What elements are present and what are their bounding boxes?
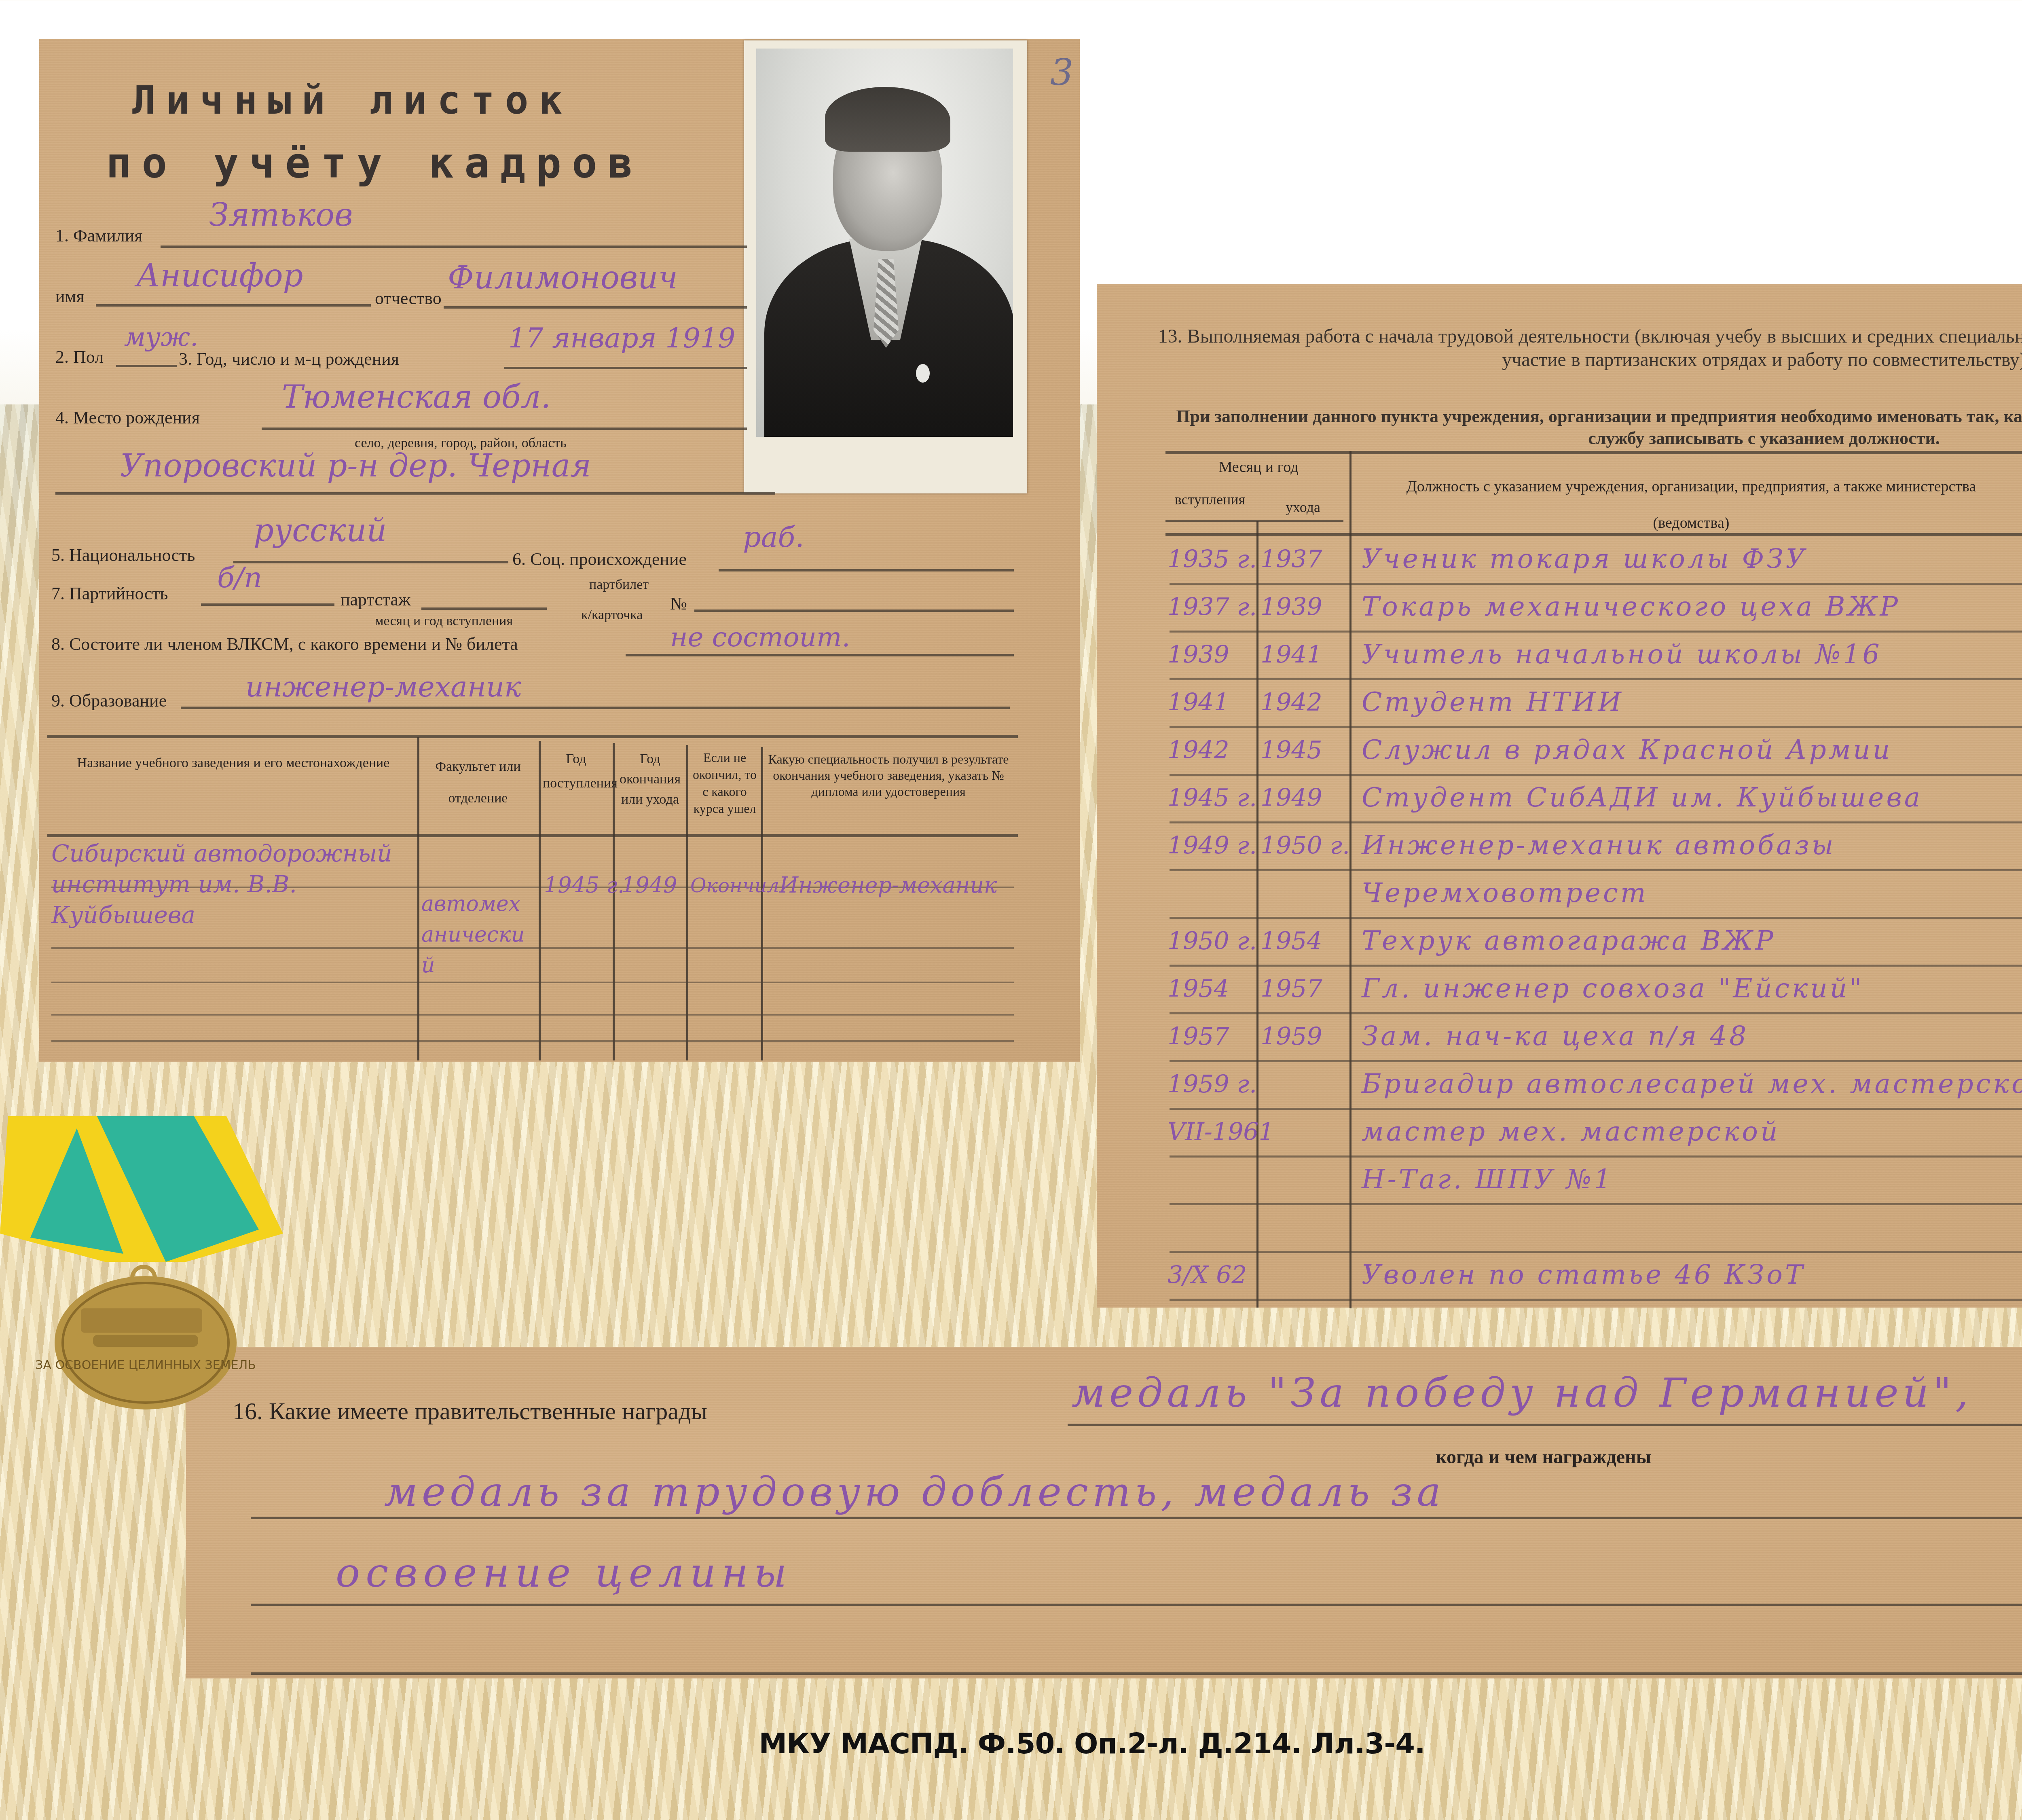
page-number-mark: 3 bbox=[1050, 51, 1073, 94]
work-row-line bbox=[1170, 678, 2022, 680]
header-position: Должность с указанием учреждения, органи… bbox=[1404, 468, 1978, 541]
work-row-line bbox=[1170, 1012, 2022, 1014]
party-card-label-bottom: к/карточка bbox=[581, 607, 643, 623]
nationality-label: 5. Национальность bbox=[51, 545, 195, 565]
patronymic-label: отчество bbox=[375, 288, 442, 309]
party-value: б/п bbox=[217, 561, 262, 594]
work-row-start: 1957 bbox=[1168, 1022, 1229, 1051]
portrait-photo bbox=[744, 40, 1027, 493]
party-label: 7. Партийность bbox=[51, 583, 168, 604]
work-row-position: Уволен по статье 46 КЗоТ bbox=[1362, 1259, 1805, 1290]
edu-row-year-out: 1949 bbox=[622, 872, 677, 898]
work-row-start: 1954 bbox=[1168, 975, 1229, 1003]
work-row-line bbox=[1170, 1299, 2022, 1301]
work-row-end: 1959 bbox=[1261, 1022, 1322, 1051]
hair-shape bbox=[825, 87, 950, 152]
virgin-lands-medal: ЗА ОСВОЕНИЕ ЦЕЛИННЫХ ЗЕМЕЛЬ bbox=[0, 1100, 291, 1682]
lapel-pin bbox=[916, 364, 930, 383]
work-row-position: Гл. инженер совхоза "Ейский" bbox=[1362, 973, 1864, 1004]
party-tenure-label: партстаж bbox=[341, 589, 411, 610]
social-origin-value: раб. bbox=[743, 521, 804, 554]
work-row-line bbox=[1170, 1108, 2022, 1110]
work-row-position: Инженер-механик автобазы bbox=[1362, 830, 1836, 861]
work-row-end: 1939 bbox=[1261, 593, 1322, 621]
work-row-position: мастер мех. мастерской bbox=[1362, 1116, 1780, 1147]
work-row-start: 1939 bbox=[1168, 641, 1229, 669]
sheet-title-line2: по учёту кадров bbox=[106, 138, 643, 188]
party-card-label-top: партбилет bbox=[589, 577, 649, 593]
awards-line-1: медаль "За победу над Германией", bbox=[1072, 1369, 1972, 1416]
work-history-instruction: При заполнении данного пункта учреждения… bbox=[1157, 406, 2022, 449]
patronymic-value: Филимонович bbox=[448, 260, 678, 296]
edu-row-line bbox=[51, 1014, 1014, 1016]
birthplace-value: Тюменская обл. bbox=[282, 379, 551, 415]
work-row-line bbox=[1170, 726, 2022, 728]
edu-row-institution: Сибирский автодорожный институт им. В.В.… bbox=[51, 838, 407, 930]
work-row-line bbox=[1170, 1060, 2022, 1062]
work-row-position: Ученик токаря школы ФЗУ bbox=[1362, 543, 1807, 574]
work-history-sheet: 13. Выполняемая работа с начала трудовой… bbox=[1097, 284, 2022, 1308]
archive-citation: МКУ МАСПД. Ф.50. Оп.2-л. Д.214. Лл.3-4. bbox=[0, 1727, 2022, 1760]
portrait-image bbox=[756, 49, 1013, 437]
awards-line-2: медаль за трудовую доблесть, медаль за bbox=[384, 1468, 1445, 1515]
header-start: вступления bbox=[1168, 491, 1252, 508]
work-row-end: 1949 bbox=[1261, 784, 1322, 812]
birthplace-label: 4. Место рождения bbox=[55, 407, 200, 428]
birthdate-label: 3. Год, число и м-ц рождения bbox=[179, 349, 399, 369]
work-row-position: Черемховотрест bbox=[1362, 877, 1648, 908]
medal-ribbon bbox=[0, 1116, 283, 1262]
header-month-year: Месяц и год bbox=[1178, 458, 1339, 476]
sex-value: муж. bbox=[124, 322, 198, 352]
work-row-line bbox=[1170, 821, 2022, 823]
work-row-end: 1942 bbox=[1261, 688, 1322, 717]
work-row-position: Зам. нач-ка цеха п/я 48 bbox=[1362, 1020, 1749, 1052]
work-row-end: 1945 bbox=[1261, 736, 1322, 764]
work-row-line bbox=[1170, 965, 2022, 967]
komsomol-label: 8. Состоите ли членом ВЛКСМ, с какого вр… bbox=[51, 634, 518, 654]
work-row-line bbox=[1170, 774, 2022, 776]
awards-line-3: освоение целины bbox=[336, 1549, 792, 1596]
work-row-line bbox=[1170, 631, 2022, 633]
edu-header-if-not-finished: Если не окончил, то с какого курса ушел bbox=[690, 749, 759, 817]
edu-header-specialty: Какую специальность получил в результате… bbox=[767, 751, 1010, 800]
education-value: инженер-механик bbox=[245, 670, 521, 703]
surname-label: 1. Фамилия bbox=[55, 225, 142, 246]
work-row-start: 1942 bbox=[1168, 736, 1229, 764]
work-row-position: Техрук автогаража ВЖР bbox=[1362, 925, 1776, 956]
work-row-position: Учитель начальной школы №16 bbox=[1362, 639, 1882, 670]
work-row-end: 1937 bbox=[1261, 545, 1322, 574]
edu-row-status: Окончил bbox=[690, 874, 779, 897]
edu-header-institution: Название учебного заведения и его местон… bbox=[55, 747, 411, 779]
work-row-start: 1941 bbox=[1168, 688, 1229, 717]
edu-row-line bbox=[51, 982, 1014, 983]
tractor-relief bbox=[81, 1308, 202, 1333]
birthplace-value-2: Упоровский р-н дер. Черная bbox=[120, 448, 591, 484]
awards-hint: когда и чем награждены bbox=[1436, 1446, 1651, 1468]
edu-row-line bbox=[51, 1040, 1014, 1042]
work-row-start: VII-1961 bbox=[1168, 1118, 1274, 1146]
work-row-position: Н-Таг. ШПУ №1 bbox=[1362, 1164, 1614, 1195]
work-row-start: 1950 г. bbox=[1168, 927, 1257, 955]
work-row-end: 1957 bbox=[1261, 975, 1322, 1003]
education-label: 9. Образование bbox=[51, 690, 167, 711]
field-relief bbox=[93, 1335, 198, 1347]
sheet-title-line1: Личный листок bbox=[132, 78, 573, 123]
edu-row-specialty: Инженер-механик bbox=[779, 872, 997, 898]
work-row-start: 1935 г. bbox=[1168, 545, 1257, 574]
edu-header-year-out: Год окончания или ухода bbox=[617, 749, 683, 810]
edu-row-line bbox=[51, 947, 1014, 949]
sex-label: 2. Пол bbox=[55, 347, 104, 367]
work-row-line bbox=[1170, 1251, 2022, 1253]
work-row-end: 1954 bbox=[1261, 927, 1322, 955]
edu-header-faculty: Факультет или отделение bbox=[421, 751, 535, 814]
work-row-position: Служил в рядах Красной Армии bbox=[1362, 734, 1892, 765]
surname-value: Зятьков bbox=[209, 197, 353, 233]
work-row-end: 1950 г. bbox=[1261, 832, 1350, 860]
work-row-position: Бригадир автослесарей мех. мастерской bbox=[1362, 1068, 2022, 1099]
birthdate-value: 17 января 1919 bbox=[508, 322, 735, 354]
edu-row-faculty: автомеханический bbox=[421, 889, 531, 981]
work-row-start: 1959 г. bbox=[1168, 1070, 1257, 1098]
work-history-section-title: 13. Выполняемая работа с начала трудовой… bbox=[1157, 325, 2022, 372]
name-label: имя bbox=[55, 286, 85, 307]
work-row-position: Студент СибАДИ им. Куйбышева bbox=[1362, 782, 1923, 813]
work-row-start: 1949 г. bbox=[1168, 832, 1257, 860]
work-row-position: Токарь механического цеха ВЖР bbox=[1362, 591, 1900, 622]
party-tenure-hint: месяц и год вступления bbox=[375, 614, 513, 629]
work-row-start: 3/X 62 bbox=[1168, 1261, 1247, 1289]
work-row-line bbox=[1170, 869, 2022, 871]
header-end: ухода bbox=[1261, 499, 1345, 516]
name-value: Анисифор bbox=[136, 258, 303, 294]
komsomol-value: не состоит. bbox=[670, 622, 850, 653]
work-row-position: Студент НТИИ bbox=[1362, 686, 1624, 717]
medal-inscription: ЗА ОСВОЕНИЕ ЦЕЛИННЫХ ЗЕМЕЛЬ bbox=[35, 1358, 256, 1372]
nationality-value: русский bbox=[254, 512, 387, 549]
awards-label: 16. Какие имеете правительственные награ… bbox=[233, 1397, 707, 1425]
edu-row-year-in: 1945 г. bbox=[544, 872, 624, 898]
work-row-line bbox=[1170, 917, 2022, 919]
work-row-line bbox=[1170, 1203, 2022, 1205]
party-card-no-label: № bbox=[670, 593, 687, 614]
awards-section: 16. Какие имеете правительственные награ… bbox=[186, 1347, 2022, 1678]
personal-record-sheet: Личный листок по учёту кадров 3 1. Фамил… bbox=[39, 39, 1080, 1062]
edu-header-year-in: Год поступления bbox=[543, 747, 609, 796]
work-row-end: 1941 bbox=[1261, 641, 1322, 669]
social-origin-label: 6. Соц. происхождение bbox=[512, 549, 687, 569]
work-row-start: 1945 г. bbox=[1168, 784, 1257, 812]
work-row-line bbox=[1170, 1155, 2022, 1158]
work-row-line bbox=[1170, 583, 2022, 585]
work-row-start: 1937 г. bbox=[1168, 593, 1257, 621]
